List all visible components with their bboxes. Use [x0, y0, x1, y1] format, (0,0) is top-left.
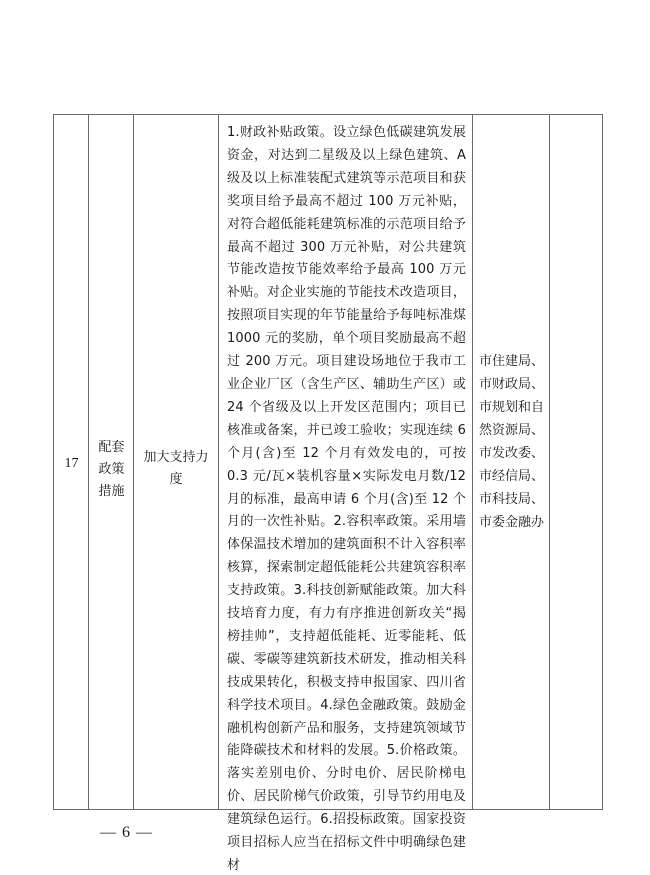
department: 市财政局、 [479, 373, 547, 396]
category-line: 措施 [89, 481, 134, 503]
department: 市经信局、 [479, 465, 547, 488]
row-category: 配套 政策 措施 [89, 437, 134, 503]
col-measure: 加大支持力度 [134, 115, 219, 809]
row-departments: 市住建局、 市财政局、 市规划和自 然资源局、 市发改委、 市经信局、 市科技局… [479, 350, 547, 534]
col-category: 配套 政策 措施 [89, 115, 134, 809]
page-number: — 6 — [100, 824, 153, 842]
department: 市科技局、 [479, 488, 547, 511]
col-number: 17 [54, 115, 89, 809]
policy-table: 17 配套 政策 措施 加大支持力度 1.财政补贴政策。设立绿色低碳建筑发展资金… [53, 114, 603, 810]
department: 市发改委、 [479, 442, 547, 465]
department: 市委金融办 [479, 511, 547, 534]
content-text: 1.财政补贴政策。设立绿色低碳建筑发展资金，对达到二星级及以上绿色建筑、A 级及… [227, 122, 466, 875]
department: 市规划和自 [479, 396, 547, 419]
row-measure: 加大支持力度 [142, 447, 210, 491]
row-number: 17 [54, 456, 89, 472]
department: 然资源局、 [479, 419, 547, 442]
col-departments: 市住建局、 市财政局、 市规划和自 然资源局、 市发改委、 市经信局、 市科技局… [473, 115, 550, 809]
col-notes [550, 115, 603, 809]
department: 市住建局、 [479, 350, 547, 373]
category-line: 政策 [89, 459, 134, 481]
row-content: 1.财政补贴政策。设立绿色低碳建筑发展资金，对达到二星级及以上绿色建筑、A 级及… [227, 122, 466, 875]
col-content: 1.财政补贴政策。设立绿色低碳建筑发展资金，对达到二星级及以上绿色建筑、A 级及… [219, 115, 473, 809]
category-line: 配套 [89, 437, 134, 459]
